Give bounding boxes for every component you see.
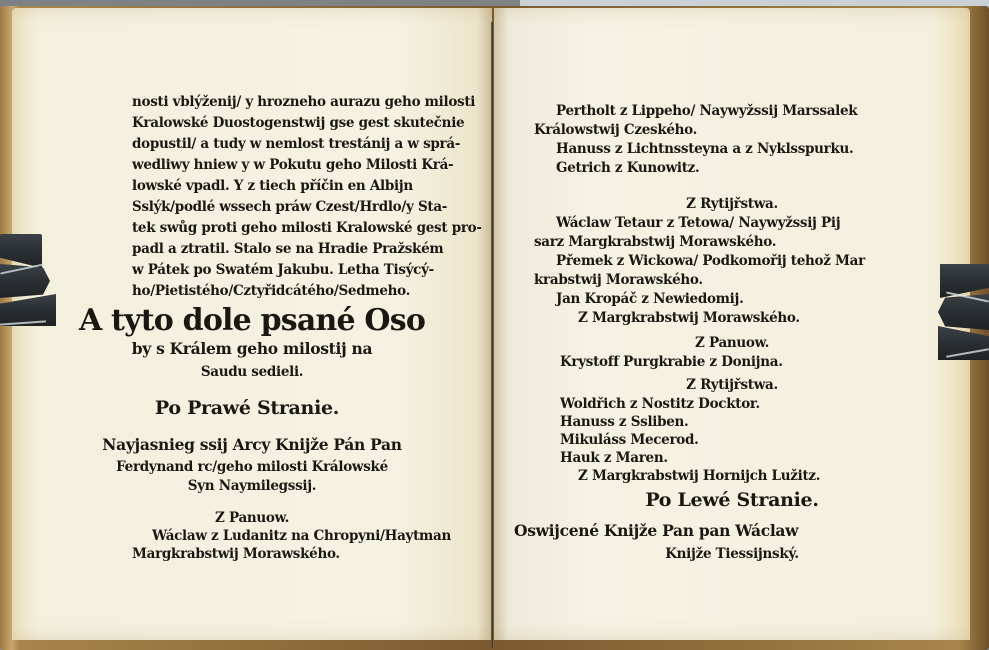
right-top-line-2: Králowstwij Czeského. <box>534 120 697 141</box>
right-top-line-1: Pertholt z Lippeho/ Naywyžssij Marssalek <box>556 101 857 122</box>
rytirstwa-1-line-1: Wáclaw Tetaur z Tetowa/ Naywyžssij Pij <box>556 213 840 234</box>
rytirstwa-1-line-5: Jan Kropáč z Newiedomij. <box>556 289 743 310</box>
left-line-5: lowské vpadl. Y z tiech příčin en Albijn <box>132 176 413 197</box>
section-title-right-side: Po Prawé Stranie. <box>12 396 482 420</box>
right-page: Pertholt z Lippeho/ Naywyžssij Marssalek… <box>494 8 970 640</box>
left-line-6: Sslýk/podlé wssech práw Czest/Hrdlo/y St… <box>132 197 447 218</box>
heading-line-2: by s Králem geho milostij na <box>12 338 492 360</box>
section-title-left-side: Po Lewé Stranie. <box>494 488 970 512</box>
left-line-7: tek swůg proti geho milosti Kralowské ge… <box>132 218 482 239</box>
panow-line-2: Margkrabstwij Morawského. <box>132 544 340 565</box>
closing-line-2: Knijže Tiessijnský. <box>494 544 970 565</box>
panow-right-line-1: Krystoff Purgkrabie z Donijna. <box>560 352 783 373</box>
royal-line-3: Syn Naymilegssij. <box>12 476 492 497</box>
left-line-9: w Pátek po Swatém Jakubu. Letha Tisýcý- <box>132 260 434 281</box>
panow-label-right: Z Panuow. <box>494 333 970 354</box>
heading-line-3: Saudu sedieli. <box>12 362 492 383</box>
rytirstwa-1-line-4: krabstwij Morawského. <box>534 270 703 291</box>
left-line-3: dopustil/ a tudy w nemlost trestánij a w… <box>132 134 460 155</box>
right-top-line-3: Hanuss z Lichtnssteyna a z Nyklsspurku. <box>556 139 853 160</box>
book-gutter <box>491 22 494 648</box>
rytirstwa-1-line-6: Z Margkrabstwij Morawského. <box>578 308 800 329</box>
left-line-8: padl a ztratil. Stalo se na Hradie Pražs… <box>132 239 443 260</box>
left-line-2: Kralowské Duostogenstwij gse gest skuteč… <box>132 113 464 134</box>
royal-line-2: Ferdynand rc/geho milosti Králowské <box>12 457 492 478</box>
right-top-line-4: Getrich z Kunowitz. <box>556 158 699 179</box>
rytirstwa-2-line-5: Z Margkrabstwij Hornijch Lužitz. <box>578 466 820 487</box>
left-page: nosti vblýženij/ y hrozneho aurazu geho … <box>12 8 492 640</box>
left-line-4: wedliwy hniew y w Pokutu geho Milosti Kr… <box>132 155 453 176</box>
rytirstwa-1-line-3: Přemek z Wickowa/ Podkomořij tehož Mar <box>556 251 865 272</box>
left-line-10: ho/Pietistého/Cztyřidcátého/Sedmeho. <box>132 281 410 302</box>
left-line-1: nosti vblýženij/ y hrozneho aurazu geho … <box>132 92 475 113</box>
royal-line-1: Nayjasnieg ssij Arcy Knijže Pán Pan <box>12 434 492 456</box>
heading-line-1: A tyto dole psané Oso <box>12 304 492 338</box>
closing-line-1: Oswijcené Knijže Pan pan Wáclaw <box>514 520 798 542</box>
rytirstwa-label-1: Z Rytijřstwa. <box>494 194 970 215</box>
rytirstwa-1-line-2: sarz Margkrabstwij Morawského. <box>534 232 776 253</box>
rytirstwa-label-2: Z Rytijřstwa. <box>494 375 970 396</box>
